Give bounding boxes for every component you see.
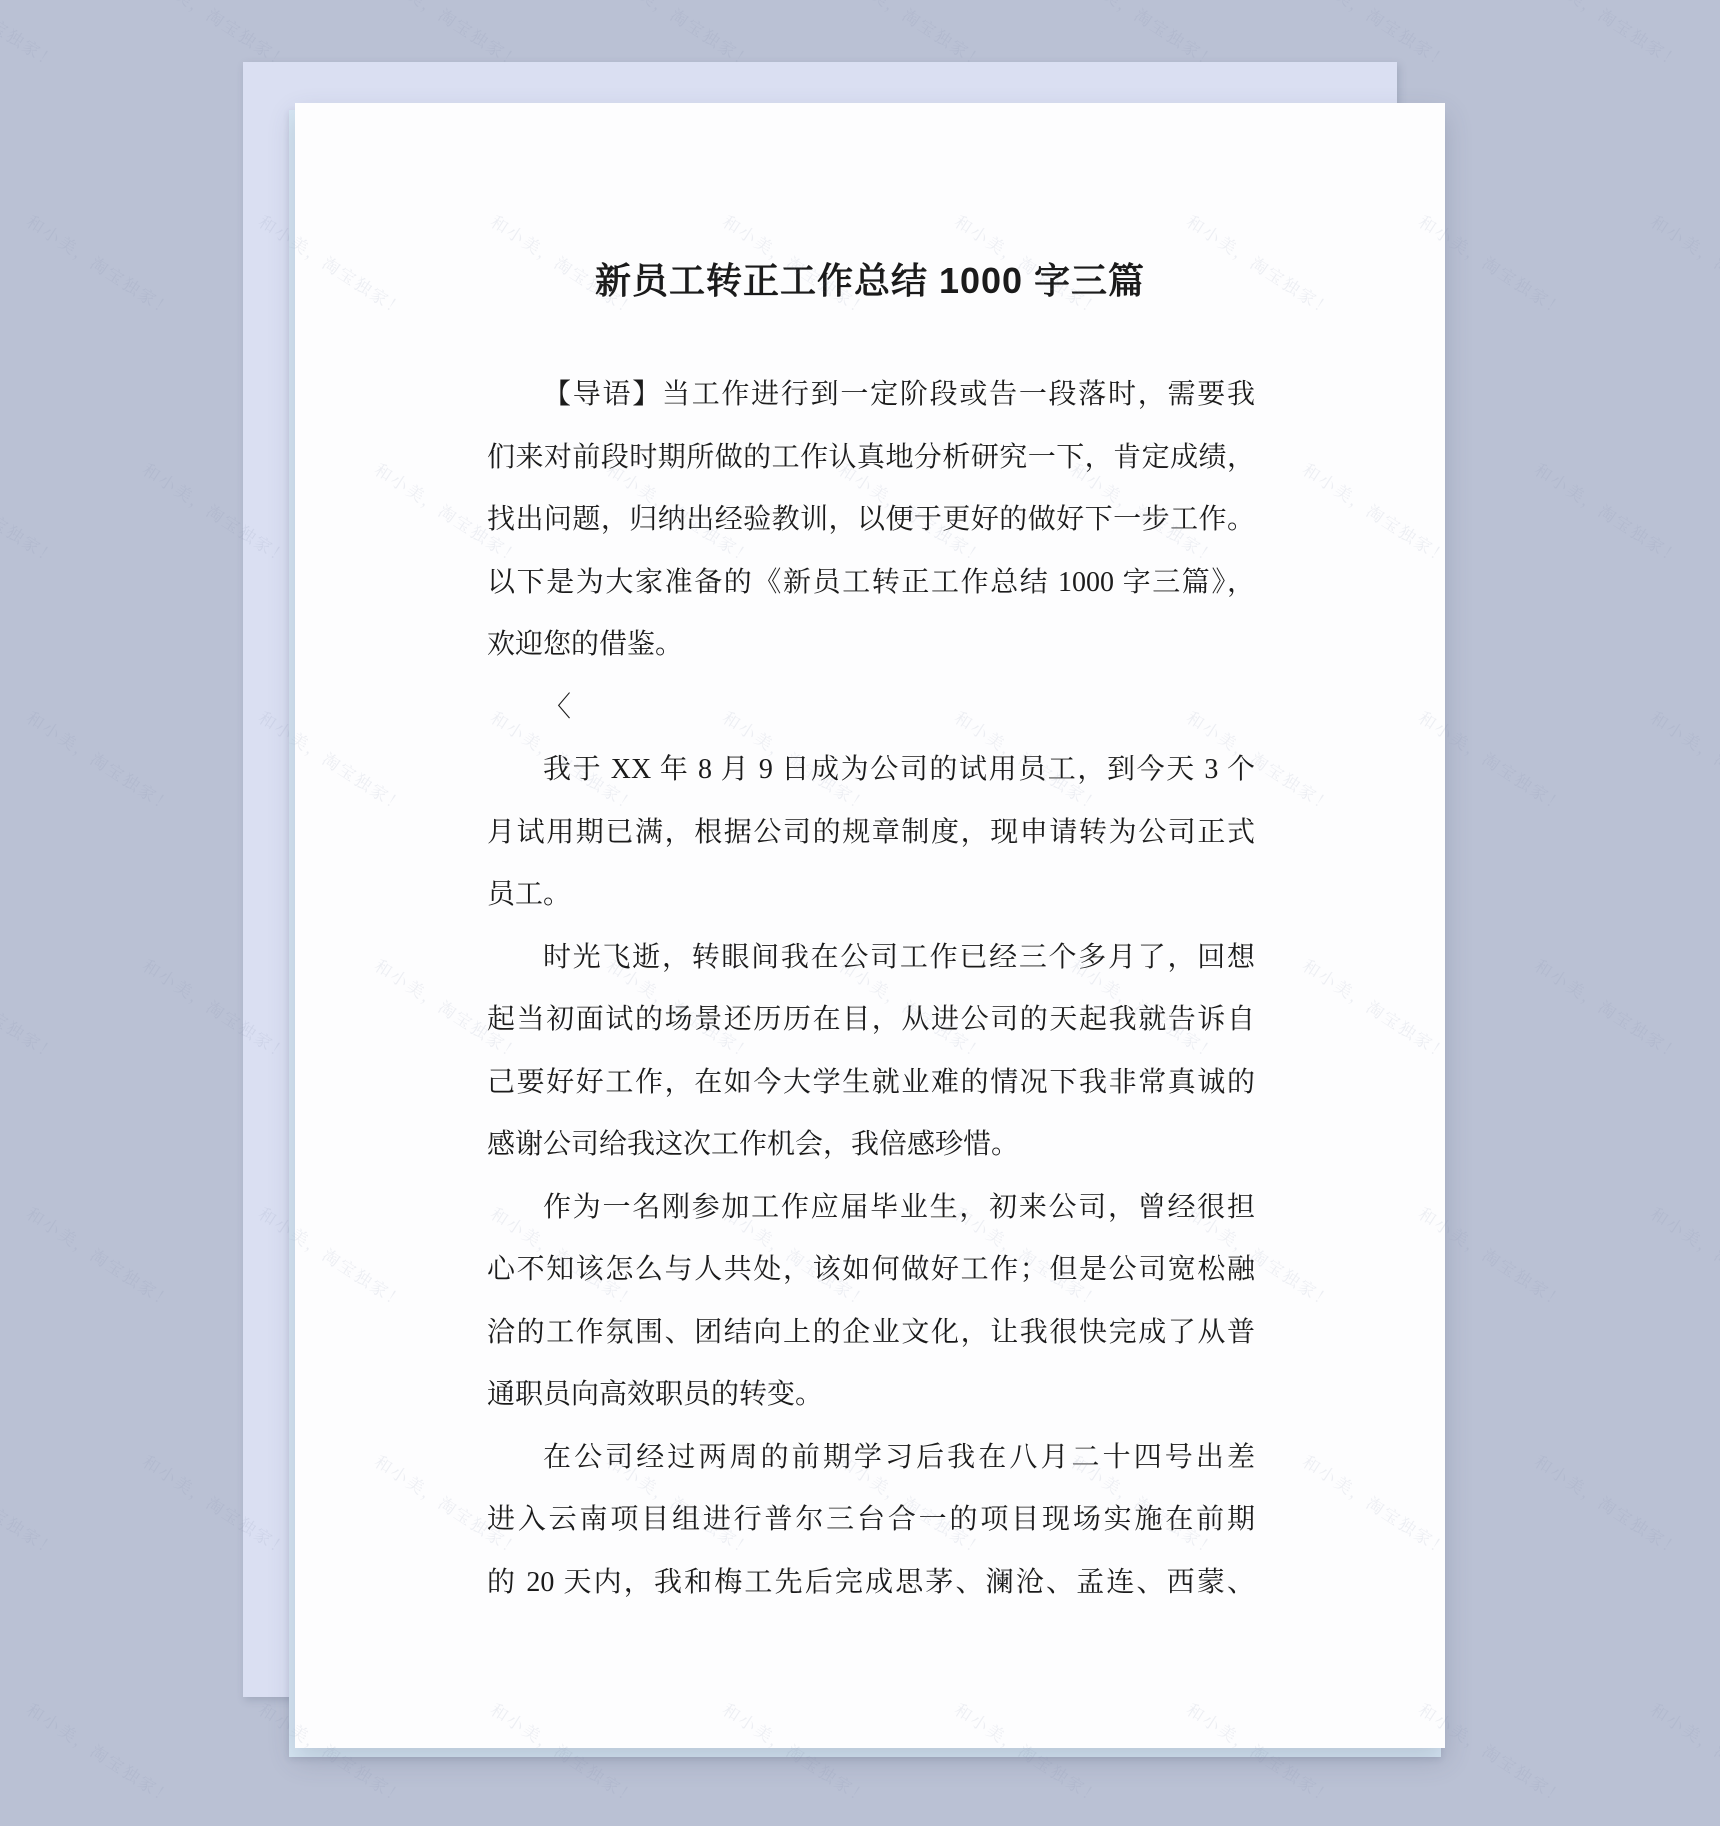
text-line: 们来对前段时期所做的工作认真地分析研究一下，肯定成绩， [487,427,1255,490]
text-line: 作为一名刚参加工作应届毕业生，初来公司，曾经很担 [487,1177,1255,1240]
text-line: 心不知该怎么与人共处，该如何做好工作；但是公司宽松融 [487,1239,1255,1302]
document-title: 新员工转正工作总结 1000 字三篇 [295,253,1445,304]
text-line: 我于 XX 年 8 月 9 日成为公司的试用员工，到今天 3 个 [487,739,1255,802]
watermark-text: 和小美，淘宝独家！ [1530,456,1687,570]
text-line: 进入云南项目组进行普尔三台合一的项目现场实施在前期 [487,1489,1255,1552]
watermark-text: 和小美，淘宝独家！ [22,1200,179,1314]
text-line: 员工。 [487,864,1255,927]
text-line: 的 20 天内，我和梅工先后完成思茅、澜沧、孟连、西蒙、 [487,1552,1255,1615]
document-page: 新员工转正工作总结 1000 字三篇 【导语】当工作进行到一定阶段或告一段落时，… [295,103,1445,1748]
document-body: 【导语】当工作进行到一定阶段或告一段落时，需要我们来对前段时期所做的工作认真地分… [487,364,1255,1614]
text-line: 以下是为大家准备的《新员工转正工作总结 1000 字三篇》， [487,552,1255,615]
watermark-text: 和小美，淘宝独家！ [1530,952,1687,1066]
watermark-text: 和小美，淘宝独家！ [1646,208,1720,322]
text-line: 找出问题，归纳出经验教训，以便于更好的做好下一步工作。 [487,489,1255,552]
watermark-text: 和小美，淘宝独家！ [1530,0,1687,74]
watermark-text: 和小美，淘宝独家！ [22,704,179,818]
text-line: 在公司经过两周的前期学习后我在八月二十四号出差 [487,1427,1255,1490]
watermark-text: 和小美，淘宝独家！ [1530,1448,1687,1562]
text-line: 起当初面试的场景还历历在目，从进公司的天起我就告诉自 [487,989,1255,1052]
text-line: 【导语】当工作进行到一定阶段或告一段落时，需要我 [487,364,1255,427]
watermark-text: 和小美，淘宝独家！ [0,1448,63,1562]
text-line: 欢迎您的借鉴。 [487,614,1255,677]
watermark-text: 和小美，淘宝独家！ [0,456,63,570]
watermark-text: 和小美，淘宝独家！ [22,208,179,322]
watermark-text: 和小美，淘宝独家！ [1646,704,1720,818]
watermark-text: 和小美，淘宝独家！ [0,0,63,74]
text-line: 时光飞逝，转眼间我在公司工作已经三个多月了，回想 [487,927,1255,990]
watermark-text: 和小美，淘宝独家！ [1646,1200,1720,1314]
app-background: { "colors": { "canvas": "#bac1d4", "back… [0,0,1720,1826]
watermark-text: 和小美，淘宝独家！ [22,1696,179,1810]
watermark-text: 和小美，淘宝独家！ [1646,1696,1720,1810]
text-line: 月试用期已满，根据公司的规章制度，现申请转为公司正式 [487,802,1255,865]
text-line: 己要好好工作，在如今大学生就业难的情况下我非常真诚的 [487,1052,1255,1115]
text-line: 〈 [487,677,1255,740]
text-line: 洽的工作氛围、团结向上的企业文化，让我很快完成了从普 [487,1302,1255,1365]
text-line: 感谢公司给我这次工作机会，我倍感珍惜。 [487,1114,1255,1177]
text-line: 通职员向高效职员的转变。 [487,1364,1255,1427]
watermark-text: 和小美，淘宝独家！ [0,952,63,1066]
